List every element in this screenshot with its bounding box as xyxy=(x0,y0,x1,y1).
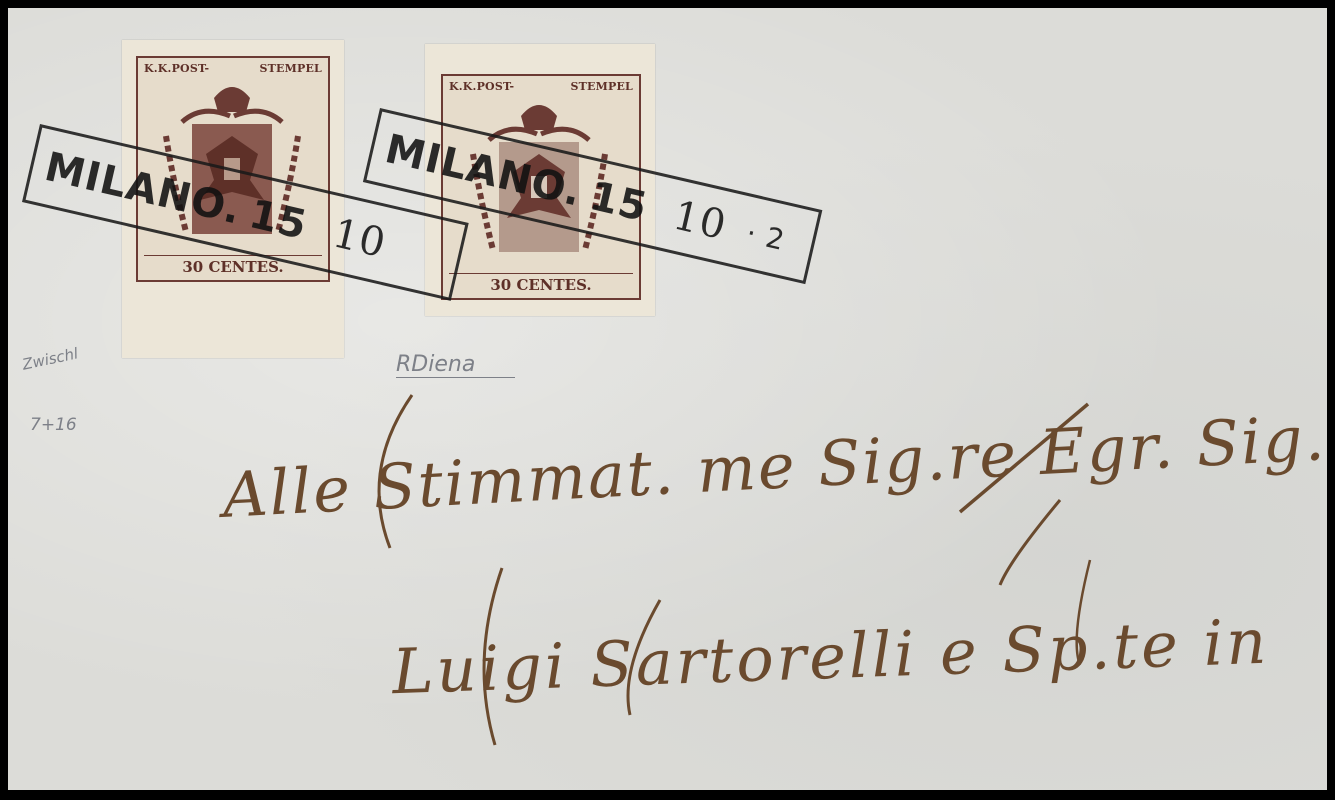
ink-flourishes xyxy=(0,0,1335,800)
